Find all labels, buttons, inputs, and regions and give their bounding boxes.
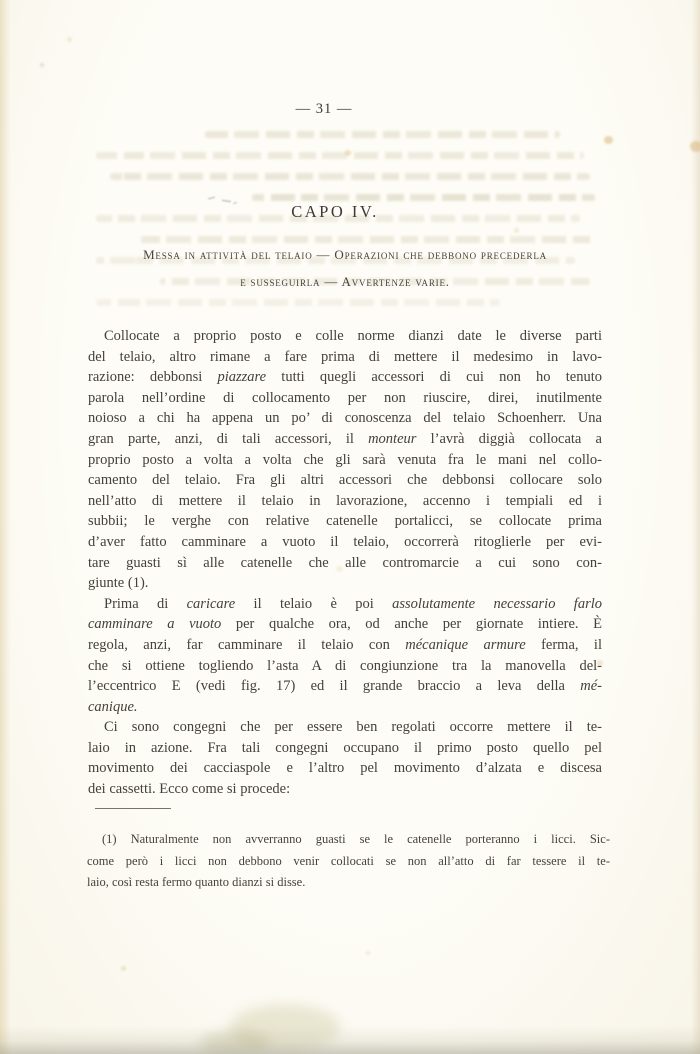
body-line: camminare a vuoto per qualche ora, od an… bbox=[88, 614, 602, 635]
foxing-spot bbox=[345, 150, 351, 156]
body-line: camento del telaio. Fra gli altri access… bbox=[88, 470, 602, 491]
foxing-spot bbox=[366, 951, 370, 955]
body-line: canique. bbox=[88, 697, 602, 718]
body-line: noioso a chi ha appena un po’ di conosce… bbox=[88, 408, 602, 429]
body-line: gran parte, anzi, di tali accessori, il … bbox=[88, 429, 602, 450]
book-page-scan: — 31 — CAPO IV. Messa in attività del te… bbox=[0, 0, 700, 1054]
body-line: dei cassetti. Ecco come si procede: bbox=[88, 779, 602, 800]
body-line: Prima di caricare il telaio è poi assolu… bbox=[88, 594, 602, 615]
footnote-text: (1) Naturalmente non avverranno guasti s… bbox=[87, 829, 610, 894]
foxing-spot bbox=[604, 136, 613, 144]
bleedthrough-line bbox=[110, 173, 590, 180]
body-line: subbii; le verghe con relative catenelle… bbox=[88, 511, 602, 532]
body-line: Collocate a proprio posto e colle norme … bbox=[88, 326, 602, 347]
foxing-spot bbox=[40, 63, 44, 67]
foxing-spot bbox=[121, 966, 126, 971]
foxing-spot bbox=[67, 37, 72, 42]
body-line: che si ottiene togliendo l’asta A di con… bbox=[88, 656, 602, 677]
body-line: regola, anzi, far camminare il telaio co… bbox=[88, 635, 602, 656]
chapter-heading: CAPO IV. bbox=[0, 202, 685, 222]
bleedthrough-line bbox=[96, 152, 584, 159]
body-line: l’eccentrico E (vedi fig. 17) ed il gran… bbox=[88, 676, 602, 697]
bleedthrough-line bbox=[205, 131, 560, 138]
body-line: nell’atto di mettere il telaio in lavora… bbox=[88, 491, 602, 512]
bleedthrough-line bbox=[140, 236, 595, 243]
chapter-subtitle-line2: e susseguirla — Avvertenze varie. bbox=[0, 274, 695, 290]
pencil-smudge bbox=[208, 196, 215, 199]
body-line: giunte (1). bbox=[88, 573, 602, 594]
body-line: Ci sono congegni che per essere ben rego… bbox=[88, 717, 602, 738]
scan-edge-right bbox=[691, 0, 700, 1054]
body-line: proprio posto a volta a volta che gli sa… bbox=[88, 450, 602, 471]
scan-edge-left bbox=[0, 0, 11, 1054]
body-line: parola nell’ordine di collocamento per n… bbox=[88, 388, 602, 409]
chapter-subtitle-line1: Messa in attività del telaio — Operazion… bbox=[0, 247, 695, 263]
body-line: d’aver fatto camminare a vuoto il telaio… bbox=[88, 532, 602, 553]
body-line: laio in azione. Fra tali congegni occupa… bbox=[88, 738, 602, 759]
body-line: del telaio, altro rimane a fare prima di… bbox=[88, 347, 602, 368]
footnote-line: laio, così resta fermo quanto dianzi si … bbox=[87, 872, 610, 894]
scan-edge-bottom bbox=[0, 1026, 700, 1054]
bleedthrough-line bbox=[252, 194, 595, 201]
foxing-spot bbox=[514, 228, 519, 233]
body-line: tare guasti sì alle catenelle che alle c… bbox=[88, 553, 602, 574]
footnote-line: (1) Naturalmente non avverranno guasti s… bbox=[87, 829, 610, 851]
foxing-spot bbox=[336, 566, 343, 572]
body-line: movimento dei cacciaspole e l’altro pel … bbox=[88, 758, 602, 779]
footnote-line: come però i licci non debbono venir coll… bbox=[87, 851, 610, 873]
body-text: Collocate a proprio posto e colle norme … bbox=[88, 326, 602, 800]
foxing-spot bbox=[597, 660, 603, 666]
footnote-separator bbox=[95, 808, 171, 809]
page-number: — 31 — bbox=[0, 101, 674, 118]
body-line: razione: debbonsi piazzare tutti quegli … bbox=[88, 367, 602, 388]
bleedthrough-line bbox=[96, 299, 500, 306]
